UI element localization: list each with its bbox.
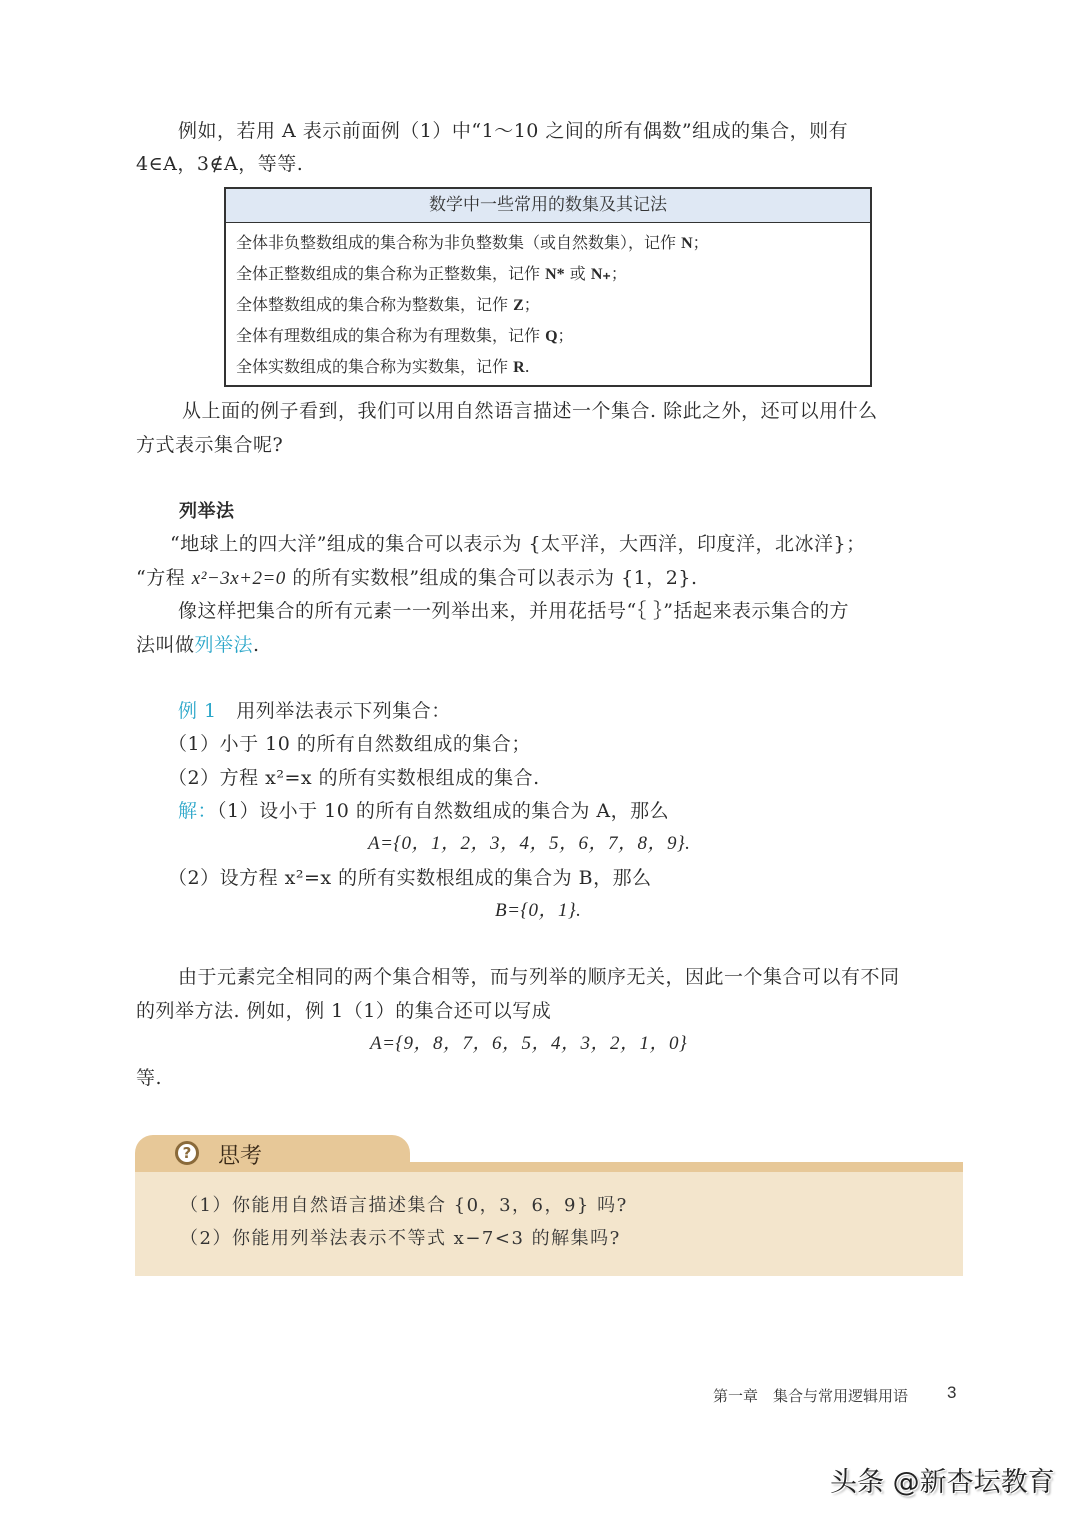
page-number: 3 — [947, 1383, 956, 1403]
row-end: ； — [558, 326, 574, 345]
solution-eq-1: A={0，1，2，3，4，5，6，7，8，9}. — [368, 830, 690, 858]
row-end: . — [525, 357, 530, 376]
row-mid: 或 — [565, 264, 591, 283]
intro-line-1: 例如，若用 A 表示前面例（1）中“1～10 之间的所有偶数”组成的集合，则有 — [178, 117, 848, 145]
para3-line-1: 由于元素完全相同的两个集合相等，而与列举的顺序无关，因此一个集合可以有不同 — [178, 963, 900, 991]
para3-line-3: 等. — [136, 1064, 162, 1092]
question-icon: ? — [175, 1141, 199, 1165]
box-row-natural: 全体非负整数组成的集合称为非负整数集（或自然数集），记作 N； — [236, 231, 709, 256]
row-text: 全体正整数组成的集合称为正整数集，记作 — [236, 264, 545, 283]
box-row-positive: 全体正整数组成的集合称为正整数集，记作 N* 或 N₊； — [236, 262, 627, 287]
example-prompt: 例 1 用列举法表示下列集合： — [178, 697, 451, 725]
row-text: 全体有理数组成的集合称为有理数集，记作 — [236, 326, 545, 345]
set-symbol-alt: N₊ — [591, 266, 611, 283]
set-symbol: Z — [513, 297, 524, 314]
section-line-1: “地球上的四大洋”组成的集合可以表示为 {太平洋，大西洋，印度洋，北冰洋}； — [170, 530, 866, 558]
box-row-integer: 全体整数组成的集合称为整数集，记作 Z； — [236, 293, 540, 318]
box-title: 数学中一些常用的数集及其记法 — [226, 189, 870, 223]
row-end: ； — [693, 233, 709, 252]
section-line-2: “方程 x²−3x+2=0 的所有实数根”组成的集合可以表示为 {1，2}. — [136, 564, 697, 593]
example-label: 例 1 — [178, 700, 217, 722]
set-symbol: N* — [545, 266, 565, 283]
text: “方程 — [136, 567, 192, 589]
think-q1: （1）你能用自然语言描述集合 {0，3，6，9} 吗? — [180, 1192, 628, 1220]
para2-line-2: 方式表示集合呢? — [136, 431, 283, 459]
para2-line-1: 从上面的例子看到，我们可以用自然语言描述一个集合. 除此之外，还可以用什么 — [182, 397, 878, 425]
row-end: ； — [611, 264, 627, 283]
row-text: 全体整数组成的集合称为整数集，记作 — [236, 295, 513, 314]
solution-line-2: （2）设方程 x²=x 的所有实数根组成的集合为 B，那么 — [168, 864, 652, 892]
para3-line-2: 的列举方法. 例如，例 1（1）的集合还可以写成 — [136, 997, 551, 1025]
think-q2: （2）你能用列举法表示不等式 x−7<3 的解集吗? — [180, 1225, 621, 1253]
box-row-rational: 全体有理数组成的集合称为有理数集，记作 Q； — [236, 324, 574, 349]
text: . — [253, 634, 260, 656]
section-heading: 列举法 — [179, 498, 235, 526]
key-term: 列举法 — [195, 634, 254, 656]
solution-eq-2: B={0，1}. — [495, 897, 581, 925]
text: （1）设小于 10 的所有自然数组成的集合为 A，那么 — [217, 800, 669, 822]
section-line-3: 像这样把集合的所有元素一一列举出来，并用花括号“｛ ｝”括起来表示集合的方 — [178, 597, 849, 625]
box-row-real: 全体实数组成的集合称为实数集，记作 R. — [236, 355, 530, 380]
row-text: 全体实数组成的集合称为实数集，记作 — [236, 357, 513, 376]
row-end: ； — [524, 295, 540, 314]
set-symbol: Q — [545, 328, 557, 345]
chapter-footer: 第一章 集合与常用逻辑用语 — [713, 1385, 908, 1406]
text: 法叫做 — [136, 634, 195, 656]
watermark: 头条 @新杏坛教育 — [830, 1460, 1055, 1499]
set-symbol: R — [513, 359, 525, 376]
think-box — [135, 1164, 963, 1276]
solution-label: 解： — [178, 800, 217, 822]
set-symbol: N — [681, 235, 693, 252]
equation: x²−3x+2=0 — [192, 568, 286, 589]
think-title: 思考 — [218, 1139, 262, 1170]
para3-eq: A={9，8，7，6，5，4，3，2，1，0} — [370, 1030, 687, 1058]
example-q2: （2）方程 x²=x 的所有实数根组成的集合. — [168, 764, 540, 792]
text: 的所有实数根”组成的集合可以表示为 {1，2}. — [286, 567, 698, 589]
section-line-4: 法叫做列举法. — [136, 631, 260, 659]
text: 用列举法表示下列集合： — [236, 700, 451, 722]
number-sets-box: 数学中一些常用的数集及其记法 全体非负整数组成的集合称为非负整数集（或自然数集）… — [224, 187, 872, 387]
row-text: 全体非负整数组成的集合称为非负整数集（或自然数集），记作 — [236, 233, 681, 252]
intro-line-2: 4∈A，3∉A，等等. — [136, 150, 303, 178]
solution-line-1: 解：（1）设小于 10 的所有自然数组成的集合为 A，那么 — [178, 797, 669, 825]
example-q1: （1）小于 10 的所有自然数组成的集合； — [168, 730, 531, 758]
